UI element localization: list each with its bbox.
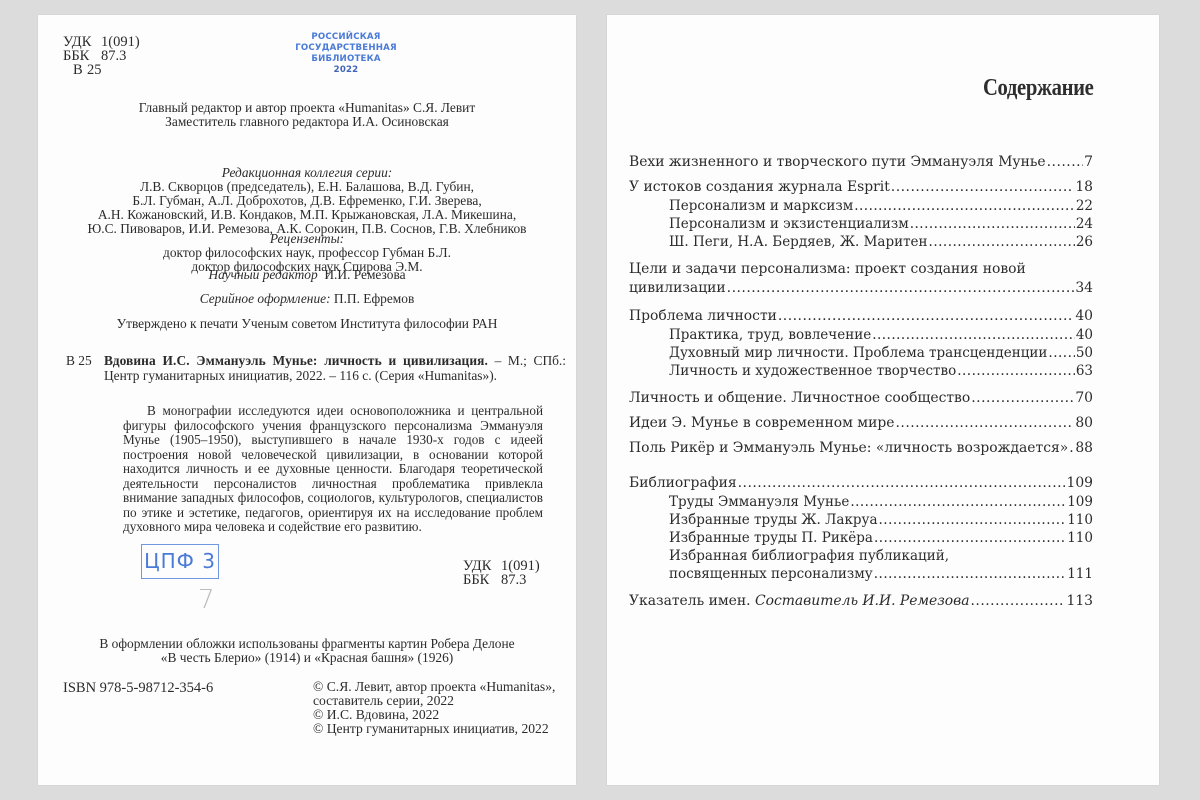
toc-page-number: 110 [1067,529,1093,547]
toc-entry: Практика, труд, вовлечение40 [629,326,1093,344]
toc-entry: Личность и художественное творчество63 [629,362,1093,380]
copyright-block: © С.Я. Левит, автор проекта «Humanitas»,… [313,680,555,736]
toc-entry-label: Личность и общение. Личностное сообществ… [629,389,970,408]
author-mark: В25 [63,63,140,77]
toc-page-number: 70 [1075,389,1093,408]
toc-entry-label: Библиография [629,474,737,493]
toc-entry-label: Вехи жизненного и творческого пути Эмман… [629,153,1046,172]
toc-page-number: 40 [1076,326,1093,344]
toc-page-number: 109 [1066,474,1093,493]
toc-leader-dots [778,307,1074,326]
toc-page-number: 24 [1076,215,1093,233]
classification-codes-bottom: УДК1(091) ББК87.3 [463,559,540,587]
toc-entry-label: Личность и художественное творчество [669,362,956,380]
toc-leader-dots [891,178,1075,197]
toc-leader-dots [971,389,1074,408]
udk-code: УДК1(091) [63,35,140,49]
classification-codes: УДК1(091) ББК87.3 В25 [63,35,140,77]
toc-page-number: 110 [1067,511,1093,529]
toc-page-number: 40 [1075,307,1093,326]
toc-title: Содержание [982,75,1093,102]
toc-entry: Избранная библиография публикаций,посвящ… [629,547,1093,583]
record-code: В 25 [66,354,92,369]
toc-entry-label: Проблема личности [629,307,777,326]
left-page-imprint: УДК1(091) ББК87.3 В25 РОССИЙСКАЯ ГОСУДАР… [38,15,576,785]
toc-page-number: 22 [1076,197,1093,215]
pencil-mark: 7 [198,585,215,615]
toc-leader-dots [971,592,1066,611]
approval-note: Утверждено к печати Ученым советом Инсти… [38,317,576,331]
toc-leader-dots [872,326,1075,344]
scientific-editor: Научный редактор И.И. Ремезова [38,268,576,282]
toc-leader-dots [1048,344,1074,362]
abstract: В монографии исследуются идеи основополо… [123,404,543,535]
library-stamp: РОССИЙСКАЯ ГОСУДАРСТВЕННАЯ БИБЛИОТЕКА 20… [284,32,408,76]
record-title: Вдовина И.С. Эммануэль Мунье: личность и… [104,353,488,368]
toc-leader-dots [910,215,1075,233]
toc-leader-dots [854,197,1075,215]
isbn: ISBN 978-5-98712-354-6 [63,680,213,697]
right-page-contents: Содержание Вехи жизненного и творческого… [607,15,1159,785]
toc-entry: Поль Рикёр и Эммануэль Мунье: «личность … [629,439,1093,458]
toc-entry-label: посвященных персонализму [669,565,873,583]
toc-entry-label: Избранные труды Ж. Лакруа [669,511,878,529]
toc-entry: Идеи Э. Мунье в современном мире80 [629,414,1093,433]
cover-note: В оформлении обложки использованы фрагме… [38,637,576,665]
toc-page-number: 63 [1076,362,1093,380]
toc-page-number: 88 [1075,439,1093,458]
toc-leader-dots [895,414,1074,433]
toc-entry: Персонализм и марксизм22 [629,197,1093,215]
toc-page-number: 26 [1076,233,1093,251]
toc-entry: У истоков создания журнала Esprit18 [629,178,1093,197]
editorial-board: Редакционная коллегия серии: Л.В. Скворц… [38,166,576,236]
toc-entry-label: Практика, труд, вовлечение [669,326,871,344]
toc-page-number: 50 [1076,344,1093,362]
toc-leader-dots [874,529,1066,547]
toc-leader-dots [874,565,1066,583]
toc-entry: Цели и задачи персонализма: проект созда… [629,260,1093,298]
toc-entry-label: Труды Эммануэля Мунье [669,493,849,511]
toc-leader-dots [850,493,1066,511]
toc-entry: Личность и общение. Личностное сообществ… [629,389,1093,408]
toc-page-number: 113 [1066,592,1093,611]
toc-entry: Ш. Пеги, Н.А. Бердяев, Ж. Маритен26 [629,233,1093,251]
series-design: Серийное оформление: П.П. Ефремов [38,292,576,306]
toc-entry-label: Избранные труды П. Рикёра [669,529,873,547]
toc-entry-label: Указатель имен. Составитель И.И. Ремезов… [629,592,970,611]
toc-entry-label: Ш. Пеги, Н.А. Бердяев, Ж. Маритен [669,233,928,251]
reviewers-heading: Рецензенты: [38,232,576,246]
toc-page-number: 18 [1075,178,1093,197]
toc-entry: Проблема личности40 [629,307,1093,326]
toc-entry-label: У истоков создания журнала Esprit [629,178,890,197]
toc-page-number: 109 [1067,493,1093,511]
toc-leader-dots [738,474,1066,493]
toc-entry-label: Поль Рикёр и Эммануэль Мунье: «личность … [629,439,1068,458]
toc-entry: Указатель имен. Составитель И.И. Ремезов… [629,592,1093,611]
toc-leader-dots [929,233,1075,251]
toc-leader-dots [879,511,1067,529]
toc-entry-label: Духовный мир личности. Проблема трансцен… [669,344,1047,362]
toc-page-number: 7 [1084,153,1093,172]
table-of-contents: Вехи жизненного и творческого пути Эмман… [629,153,1093,611]
toc-entry: Труды Эммануэля Мунье109 [629,493,1093,511]
toc-entry-label: цивилизации [629,279,726,298]
toc-entry-label: Персонализм и марксизм [669,197,853,215]
toc-entry: Избранные труды Ж. Лакруа110 [629,511,1093,529]
toc-page-number: 34 [1075,279,1093,298]
toc-page-number: 80 [1075,414,1093,433]
toc-entry: Вехи жизненного и творческого пути Эмман… [629,153,1093,172]
editors: Главный редактор и автор проекта «Humani… [38,101,576,129]
toc-leader-dots [957,362,1075,380]
toc-page-number: 111 [1067,565,1093,583]
toc-entry: Персонализм и экзистенциализм24 [629,215,1093,233]
bibliographic-record: В 25 Вдовина И.С. Эммануэль Мунье: лично… [66,354,566,383]
cpf-stamp: ЦПФ 3 [141,544,219,579]
toc-leader-dots [1069,439,1074,458]
toc-entry: Библиография109 [629,474,1093,493]
toc-leader-dots [1047,153,1084,172]
toc-entry-label: Персонализм и экзистенциализм [669,215,909,233]
toc-entry: Избранные труды П. Рикёра110 [629,529,1093,547]
toc-entry: Духовный мир личности. Проблема трансцен… [629,344,1093,362]
board-heading: Редакционная коллегия серии: [38,166,576,180]
toc-entry-label: Идеи Э. Мунье в современном мире [629,414,894,433]
bbk-code: ББК87.3 [63,49,140,63]
toc-leader-dots [727,279,1075,298]
